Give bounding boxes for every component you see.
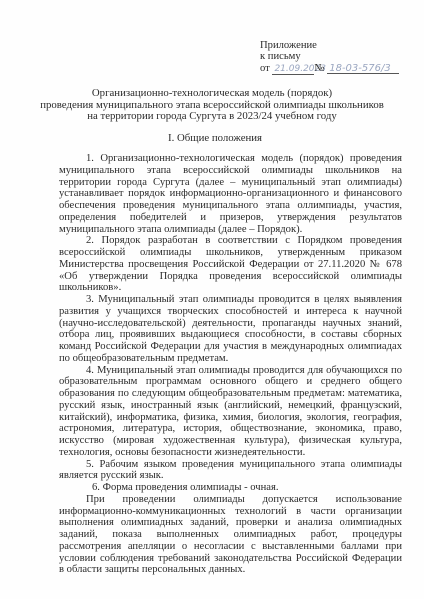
paragraph-2: 2. Порядок разработан в соответствии с П… [59,235,402,294]
paragraph-4: 4. Муниципальный этап олимпиады проводит… [59,365,402,459]
paragraph-6: 6. Форма проведения олимпиады - очная. [59,482,402,494]
handwritten-date: 21.09.2023 [272,65,314,75]
number-sign: № [314,63,324,74]
paragraph-3: 3. Муниципальный этап олимпиады проводит… [59,294,402,365]
section-heading: I. Общие положения [0,132,424,144]
paragraph-5: 5. Рабочим языком проведения муниципальн… [59,459,402,483]
paragraph-1: 1. Организационно-технологическая модель… [59,153,402,235]
appendix-block: Приложение к письму от 21.09.2023№ 18-03… [260,40,399,75]
handwritten-number: 18-03-576/3 [327,64,399,74]
document-page: Приложение к письму от 21.09.2023№ 18-03… [0,0,424,599]
letter-date-number-row: от 21.09.2023№ 18-03-576/3 [260,63,399,75]
letter-label: к письму [260,51,399,62]
from-label: от [260,63,270,74]
paragraph-7: При проведении олимпиады допускается исп… [59,494,402,576]
document-body: 1. Организационно-технологическая модель… [59,153,402,576]
title-line-3: на территории города Сургута в 2023/24 у… [0,111,424,123]
document-title: Организационно-технологическая модель (п… [0,88,424,123]
appendix-label: Приложение [260,40,399,51]
title-line-1: Организационно-технологическая модель (п… [0,88,424,100]
